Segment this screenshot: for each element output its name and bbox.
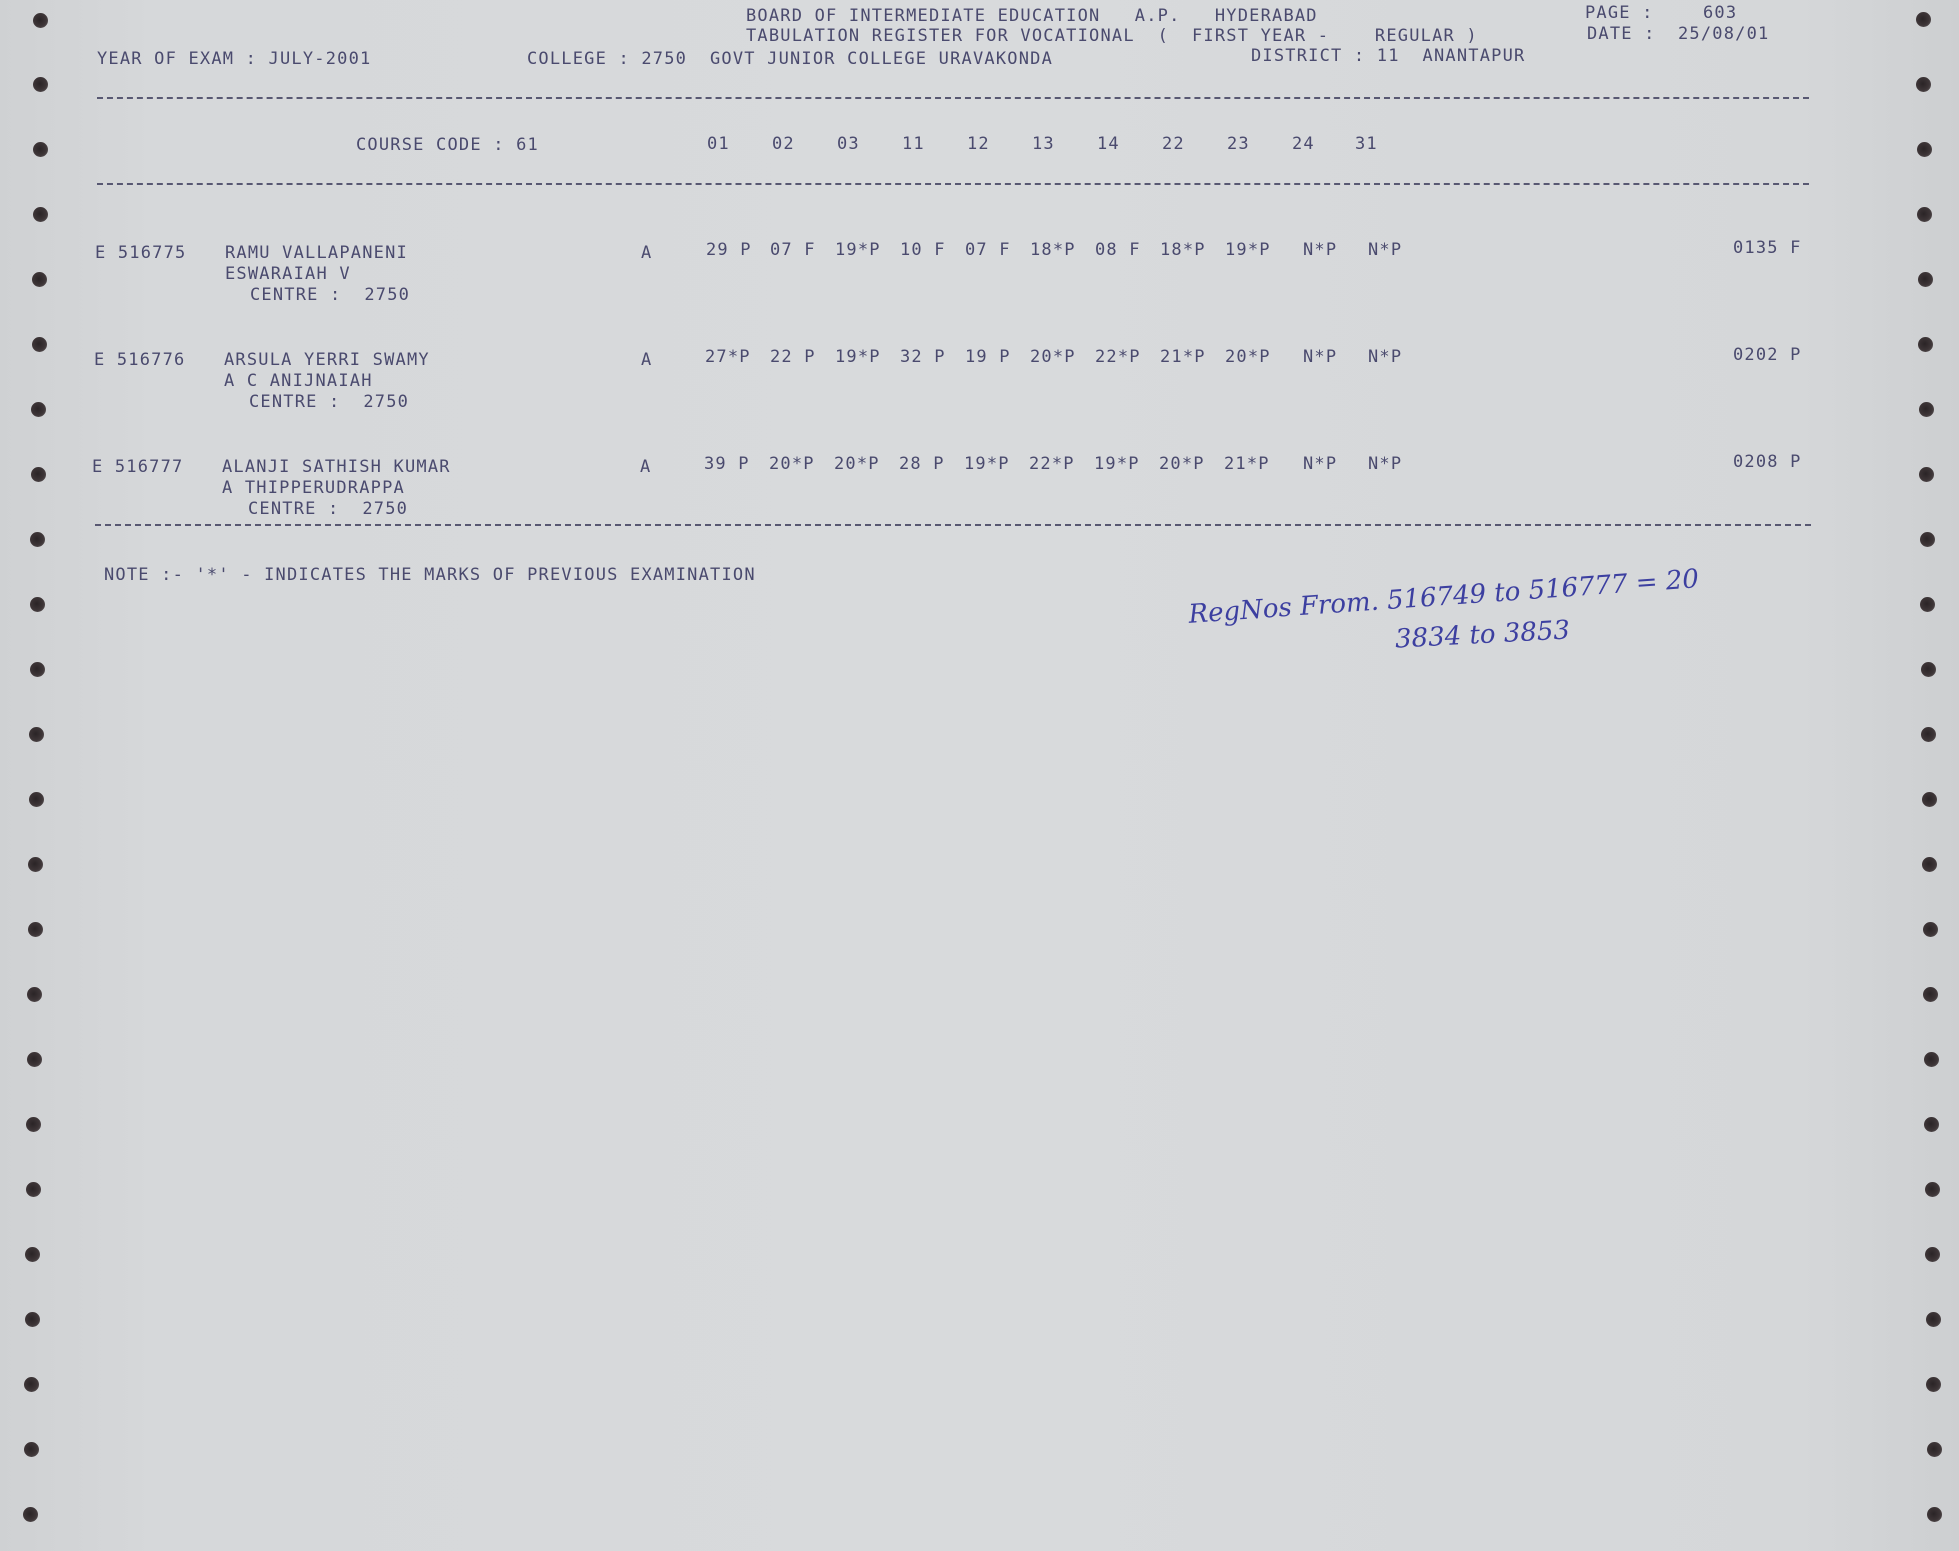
feed-hole-icon: [1920, 532, 1935, 547]
subject-mark: 08 F: [1095, 240, 1141, 260]
handwritten-serial-range: 3834 to 3853: [1394, 615, 1570, 654]
subject-code: 01: [707, 134, 730, 154]
feed-hole-icon: [1924, 1052, 1939, 1067]
feed-hole-icon: [1924, 1117, 1939, 1132]
feed-hole-icon: [29, 727, 44, 742]
feed-hole-icon: [1919, 402, 1934, 417]
feed-hole-icon: [1918, 272, 1933, 287]
feed-hole-icon: [1916, 12, 1931, 27]
course-code: COURSE CODE : 61: [356, 135, 539, 155]
subject-code: 03: [837, 134, 860, 154]
feed-hole-icon: [1923, 987, 1938, 1002]
feed-hole-icon: [1919, 467, 1934, 482]
feed-hole-icon: [24, 1442, 39, 1457]
subject-mark: 21*P: [1160, 347, 1206, 367]
subject-mark: 20*P: [1159, 454, 1205, 474]
feed-hole-icon: [29, 792, 44, 807]
subject-mark: 18*P: [1160, 240, 1206, 260]
subject-code: 12: [967, 134, 990, 154]
subject-mark: 19 P: [965, 347, 1011, 367]
feed-hole-icon: [28, 857, 43, 872]
divider-line: [97, 183, 1809, 185]
feed-hole-icon: [26, 1117, 41, 1132]
feed-hole-icon: [1921, 662, 1936, 677]
centre-code: CENTRE : 2750: [248, 499, 408, 519]
feed-hole-icon: [27, 1052, 42, 1067]
feed-hole-icon: [1926, 1312, 1941, 1327]
subject-mark: 27*P: [705, 347, 751, 367]
student-name: RAMU VALLAPANENI: [225, 243, 408, 263]
subject-mark: N*P: [1368, 347, 1402, 367]
registration-number: E 516777: [92, 457, 183, 477]
student-name: ALANJI SATHISH KUMAR: [222, 457, 451, 477]
feed-hole-icon: [1918, 337, 1933, 352]
year-of-exam: YEAR OF EXAM : JULY-2001: [97, 49, 371, 69]
group-code: A: [641, 350, 652, 370]
feed-hole-icon: [1917, 142, 1932, 157]
subject-mark: 39 P: [704, 454, 750, 474]
subject-mark: 29 P: [706, 240, 752, 260]
subject-mark: 10 F: [900, 240, 946, 260]
registration-number: E 516775: [95, 243, 186, 263]
subject-mark: N*P: [1303, 347, 1337, 367]
feed-hole-icon: [1923, 922, 1938, 937]
feed-hole-icon: [30, 597, 45, 612]
feed-hole-icon: [30, 662, 45, 677]
handwritten-reg-range: RegNos From. 516749 to 516777 = 20: [1188, 564, 1700, 630]
feed-hole-icon: [26, 1182, 41, 1197]
feed-hole-icon: [32, 272, 47, 287]
feed-hole-icon: [1927, 1507, 1942, 1522]
subject-mark: N*P: [1368, 240, 1402, 260]
subject-code: 23: [1227, 134, 1250, 154]
centre-code: CENTRE : 2750: [250, 285, 410, 305]
subject-mark: 22*P: [1095, 347, 1141, 367]
subject-mark: 20*P: [1030, 347, 1076, 367]
subject-mark: 20*P: [834, 454, 880, 474]
divider-line: [97, 97, 1809, 99]
register-title: TABULATION REGISTER FOR VOCATIONAL ( FIR…: [746, 26, 1478, 46]
page-number: 603: [1703, 3, 1737, 23]
subject-mark: 22 P: [770, 347, 816, 367]
feed-hole-icon: [33, 142, 48, 157]
tabulation-register-sheet: BOARD OF INTERMEDIATE EDUCATION A.P. HYD…: [0, 0, 1959, 1551]
divider-line: [95, 524, 1811, 526]
feed-hole-icon: [25, 1312, 40, 1327]
group-code: A: [640, 457, 651, 477]
feed-hole-icon: [33, 207, 48, 222]
subject-mark: N*P: [1303, 240, 1337, 260]
feed-hole-icon: [28, 922, 43, 937]
subject-code: 02: [772, 134, 795, 154]
subject-mark: 07 F: [965, 240, 1011, 260]
board-title: BOARD OF INTERMEDIATE EDUCATION A.P. HYD…: [746, 6, 1318, 26]
feed-hole-icon: [1925, 1247, 1940, 1262]
date-value: 25/08/01: [1678, 24, 1769, 44]
feed-hole-icon: [33, 77, 48, 92]
group-code: A: [641, 243, 652, 263]
subject-mark: N*P: [1368, 454, 1402, 474]
subject-mark: 19*P: [835, 240, 881, 260]
subject-mark: 20*P: [1225, 347, 1271, 367]
feed-hole-icon: [27, 987, 42, 1002]
subject-mark: 28 P: [899, 454, 945, 474]
subject-code: 14: [1097, 134, 1120, 154]
subject-mark: 19*P: [1225, 240, 1271, 260]
total-result: 0202 P: [1733, 345, 1802, 365]
parent-name: A THIPPERUDRAPPA: [222, 478, 405, 498]
subject-mark: 32 P: [900, 347, 946, 367]
subject-code: 22: [1162, 134, 1185, 154]
subject-mark: 07 F: [770, 240, 816, 260]
subject-mark: 18*P: [1030, 240, 1076, 260]
feed-hole-icon: [1922, 857, 1937, 872]
feed-hole-icon: [30, 532, 45, 547]
student-name: ARSULA YERRI SWAMY: [224, 350, 430, 370]
feed-hole-icon: [1920, 597, 1935, 612]
subject-code: 13: [1032, 134, 1055, 154]
parent-name: A C ANIJNAIAH: [224, 371, 373, 391]
footnote: NOTE :- '*' - INDICATES THE MARKS OF PRE…: [104, 565, 756, 585]
feed-hole-icon: [23, 1507, 38, 1522]
subject-mark: 19*P: [964, 454, 1010, 474]
centre-code: CENTRE : 2750: [249, 392, 409, 412]
page-label: PAGE :: [1585, 3, 1654, 23]
college-info: COLLEGE : 2750 GOVT JUNIOR COLLEGE URAVA…: [527, 49, 1053, 69]
subject-mark: 19*P: [835, 347, 881, 367]
subject-mark: 20*P: [769, 454, 815, 474]
feed-hole-icon: [31, 402, 46, 417]
subject-mark: 21*P: [1224, 454, 1270, 474]
feed-hole-icon: [1917, 207, 1932, 222]
feed-hole-icon: [1921, 727, 1936, 742]
district-info: DISTRICT : 11 ANANTAPUR: [1251, 46, 1525, 66]
feed-hole-icon: [1916, 77, 1931, 92]
feed-hole-icon: [25, 1247, 40, 1262]
registration-number: E 516776: [94, 350, 185, 370]
feed-hole-icon: [1922, 792, 1937, 807]
total-result: 0135 F: [1733, 238, 1802, 258]
feed-hole-icon: [1925, 1182, 1940, 1197]
feed-hole-icon: [33, 13, 48, 28]
feed-hole-icon: [1926, 1377, 1941, 1392]
feed-hole-icon: [24, 1377, 39, 1392]
subject-mark: 22*P: [1029, 454, 1075, 474]
subject-code: 24: [1292, 134, 1315, 154]
total-result: 0208 P: [1733, 452, 1802, 472]
date-label: DATE :: [1587, 24, 1656, 44]
feed-hole-icon: [32, 337, 47, 352]
parent-name: ESWARAIAH V: [225, 264, 351, 284]
subject-code: 11: [902, 134, 925, 154]
subject-mark: N*P: [1303, 454, 1337, 474]
feed-hole-icon: [31, 467, 46, 482]
feed-hole-icon: [1927, 1442, 1942, 1457]
subject-code: 31: [1355, 134, 1378, 154]
subject-mark: 19*P: [1094, 454, 1140, 474]
